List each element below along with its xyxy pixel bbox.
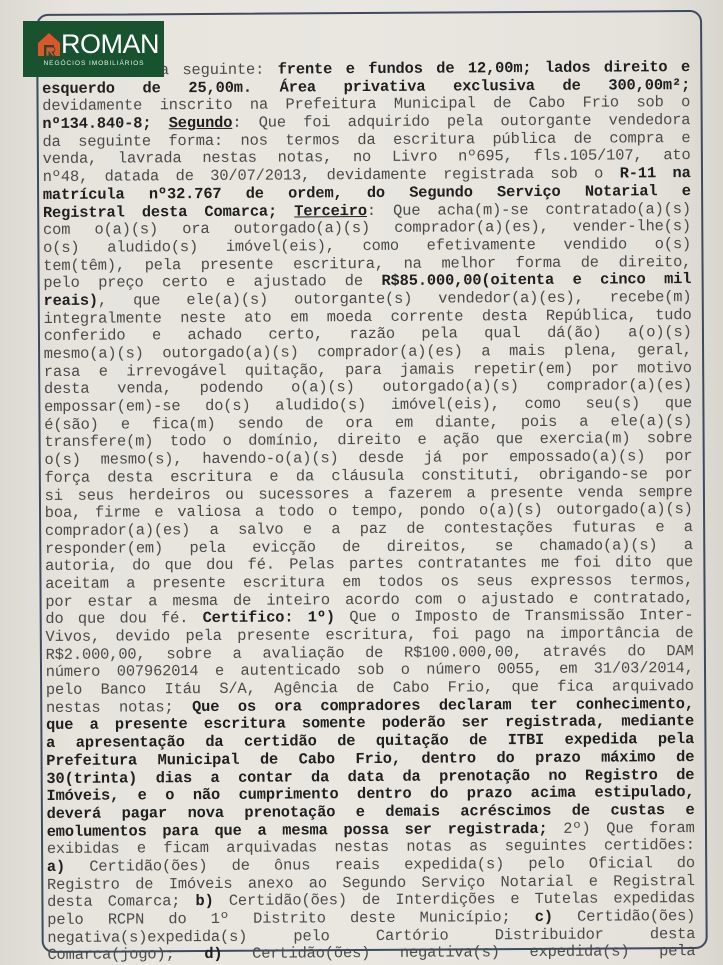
text-line: Comarca(jogo); d) Certidão(ões) negativa… [47,943,695,965]
text-segment: Certidão(ões) negativa(s) expedida(s) pe… [222,942,695,963]
house-r-icon [36,31,62,57]
text-segment: : Que acha(m)-se contratado(a)(s) [367,200,691,220]
deed-text: exclusiva é a seguinte: frente e fundos … [42,59,695,965]
text-segment: Comarca(jogo); [47,945,204,964]
bold-text: a) [47,858,65,876]
roman-logo: ROMAN NEGÓCIOS IMOBILIÁRIOS [23,21,164,77]
bold-text: Registral desta Comarca; [43,202,294,222]
bold-text: c) [535,908,553,926]
bold-text: Terceiro [294,202,367,220]
bold-text: R-11 na [620,164,691,182]
logo-brand: ROMAN [61,29,159,59]
bold-text: Certifico: 1º) [203,609,336,628]
bold-text: reais) [43,292,98,310]
text-segment: 2º) Que foram [563,819,695,838]
text-segment: nestas notas; [46,698,192,717]
logo-tagline: NEGÓCIOS IMOBILIÁRIOS [35,60,153,67]
bold-text: d) [204,945,222,963]
bold-text: b) [195,892,213,910]
text-segment: Certidão(ões) [553,907,695,926]
text-segment: desta Comarca; [47,892,195,911]
bold-text: R$85.000,00(oitenta e cinco mil [381,270,691,290]
document-photo: exclusiva é a seguinte: frente e fundos … [0,0,723,965]
bold-text: nº134.840-8; [42,114,168,133]
text-segment: do que dou fé. [45,609,202,628]
bold-text: Segundo [169,114,233,132]
